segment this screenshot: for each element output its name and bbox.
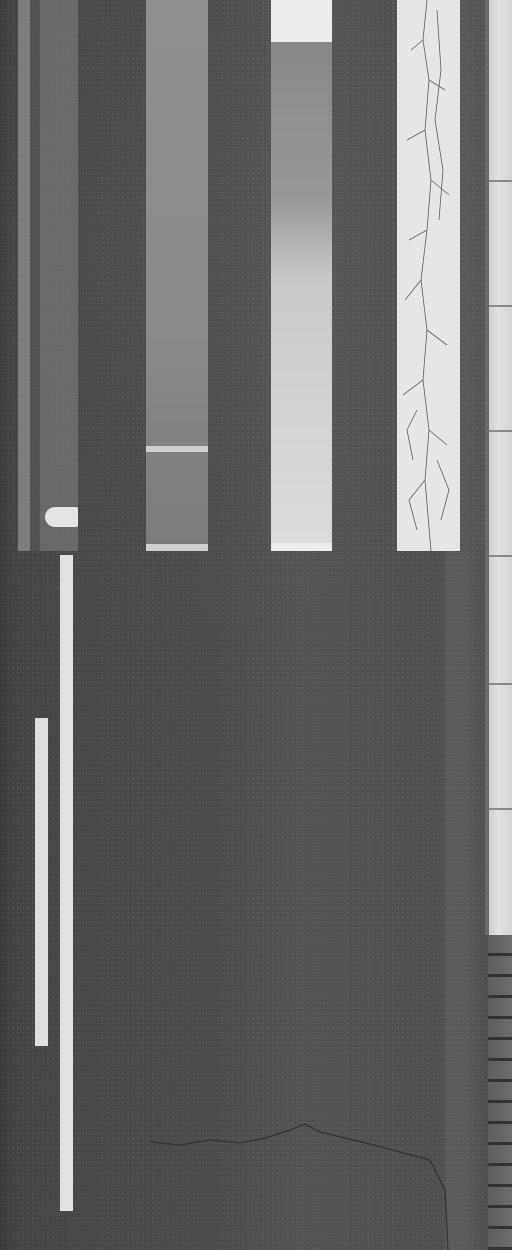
paint-patch (45, 507, 78, 527)
curb-joint (489, 430, 512, 432)
lane-line-short (35, 718, 48, 1046)
curb-joint (489, 180, 512, 182)
paint-cracks (397, 0, 460, 551)
curb (489, 0, 512, 935)
curb-joint (489, 808, 512, 810)
curb-joint (489, 555, 512, 557)
curb-joint (489, 683, 512, 685)
crosswalk-stripe-3 (271, 0, 332, 551)
curb-joint (489, 305, 512, 307)
crosswalk-stripe-2 (146, 0, 208, 551)
road-aerial-photo: Top-down aerial photo of an asphalt road… (0, 0, 512, 1250)
pavement-crack (0, 1100, 512, 1250)
crosswalk-stripe-1 (18, 0, 78, 551)
